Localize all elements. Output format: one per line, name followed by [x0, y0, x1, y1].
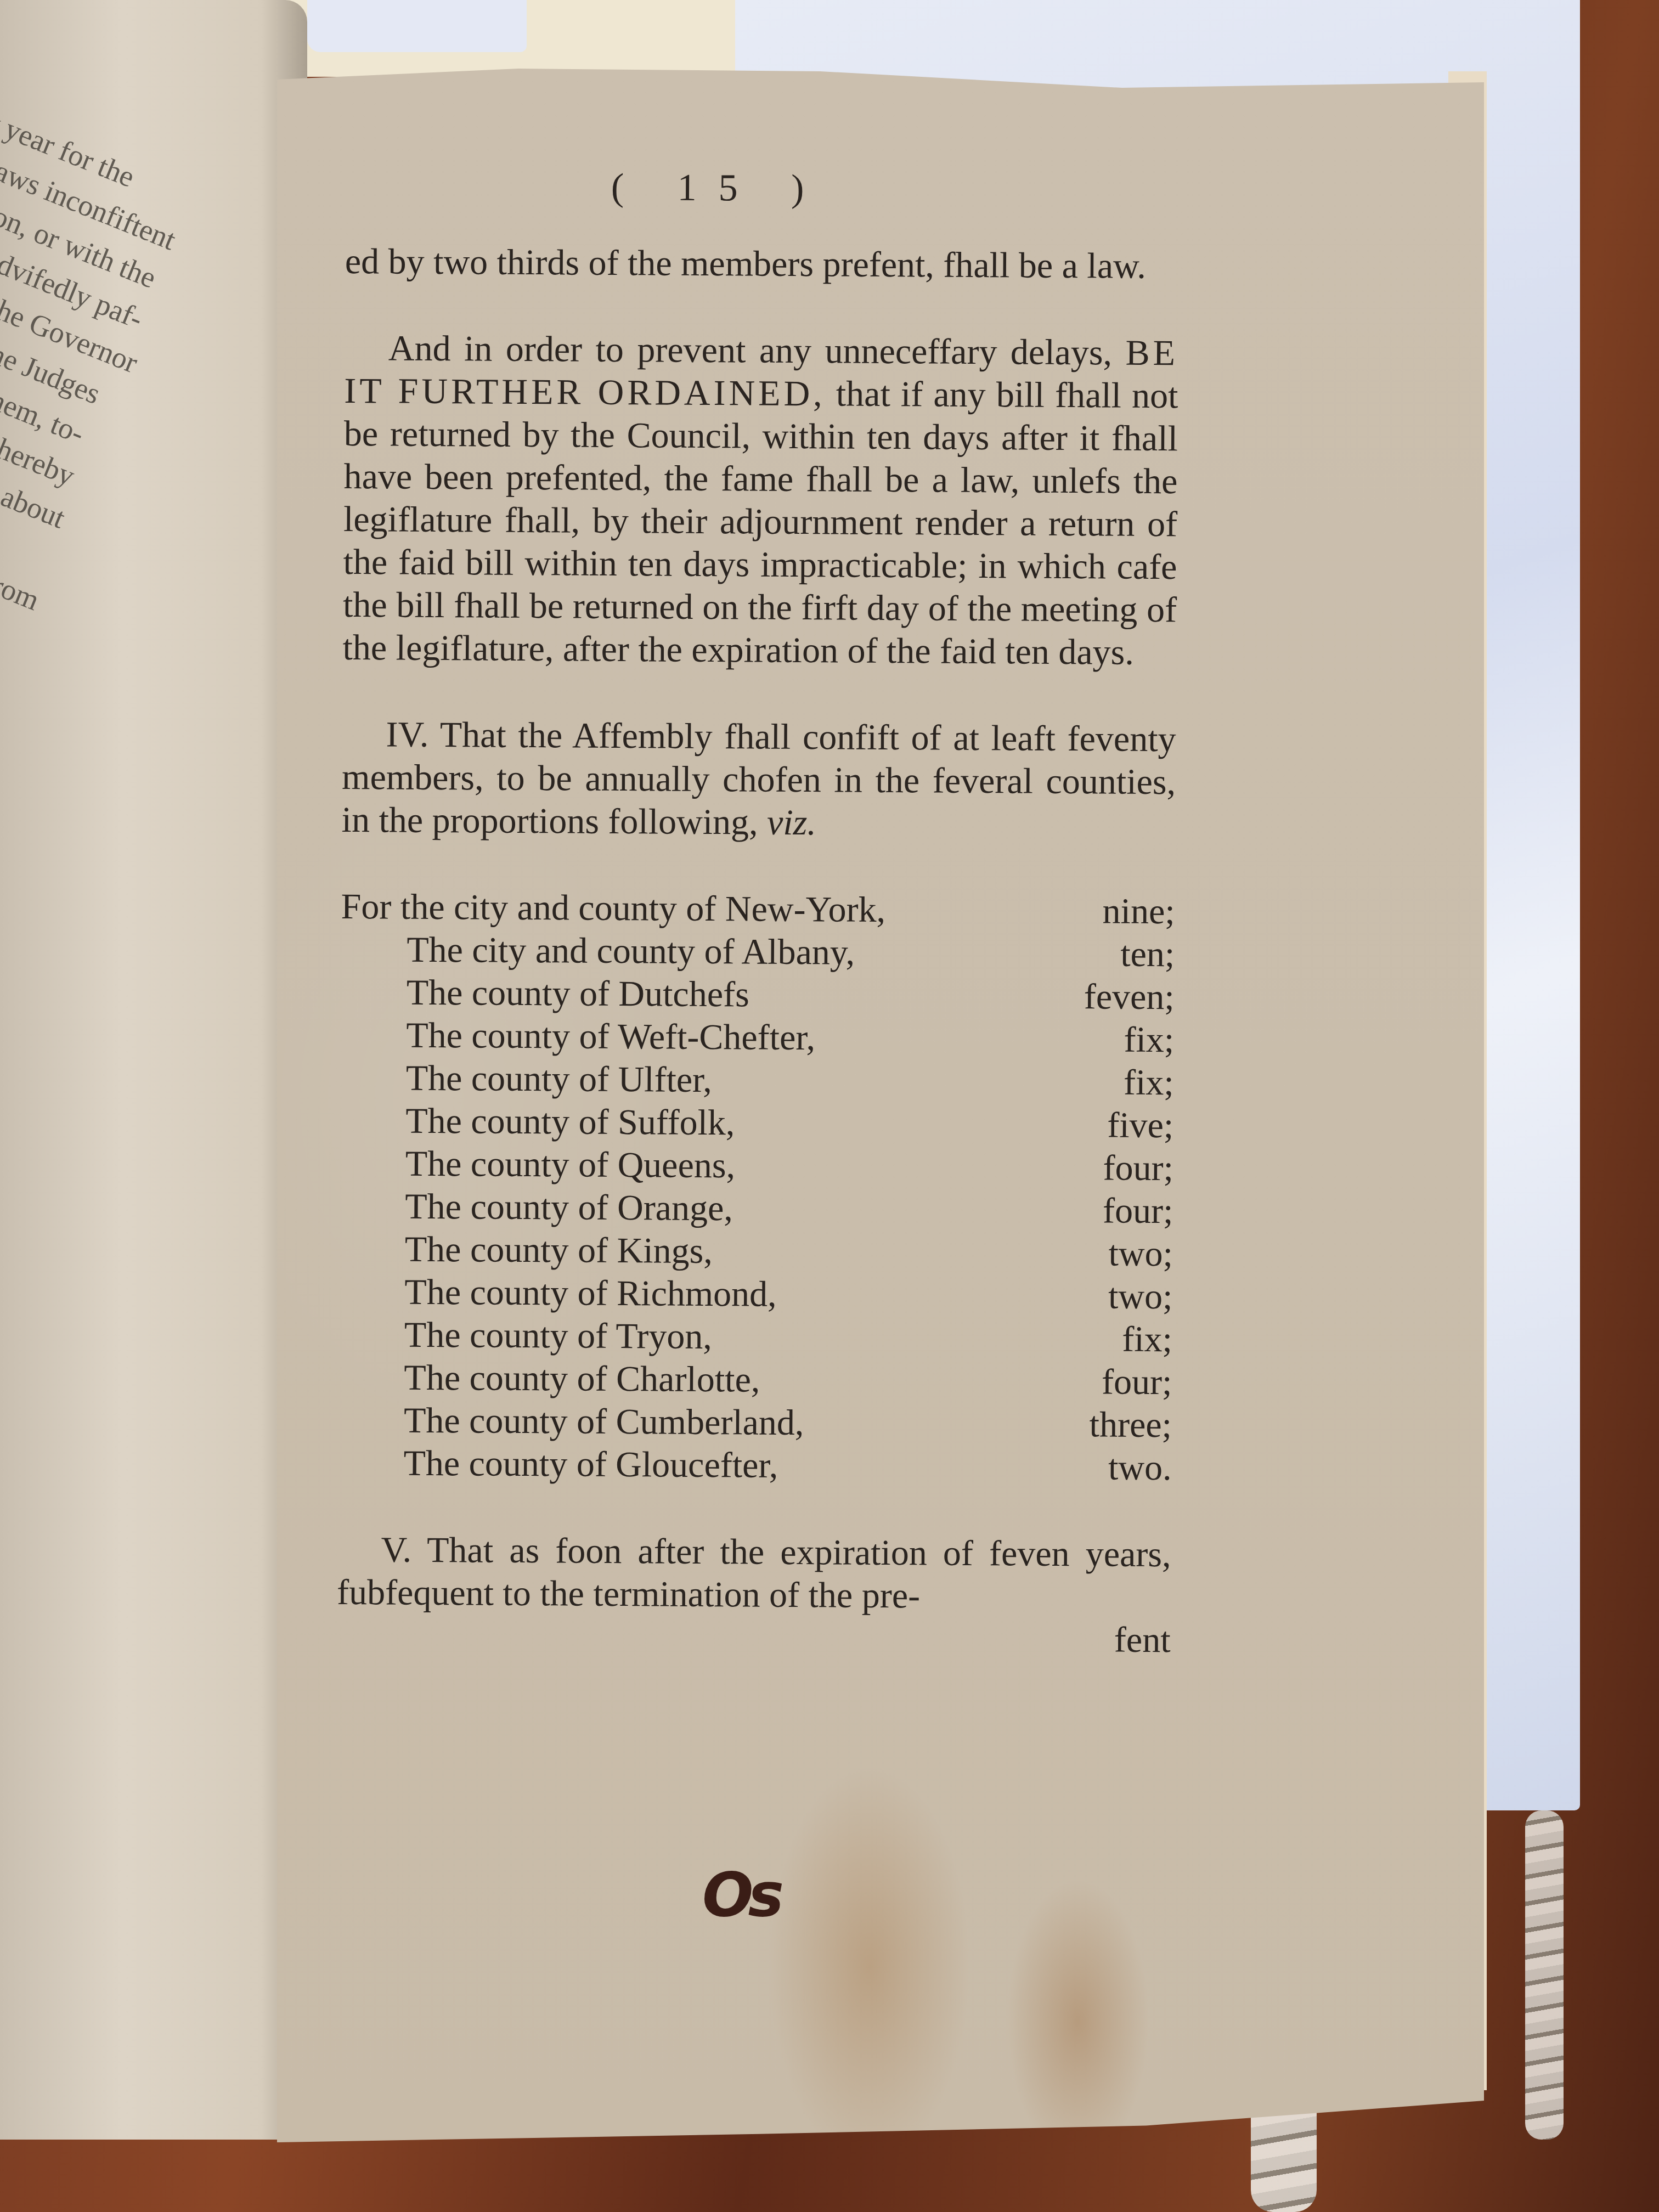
county-row: The county of Cumberland,three; — [338, 1399, 1172, 1447]
county-name: The county of Weft-Chefter, — [340, 1014, 815, 1059]
left-page: ...ext in every year for theWHEREAS, Law… — [0, 0, 307, 2140]
county-name: The county of Orange, — [339, 1185, 733, 1230]
section-v: V. That as foon after the expiration of … — [337, 1528, 1171, 1619]
county-members: five; — [1107, 1104, 1173, 1148]
county-name: For the city and county of New-York, — [341, 885, 885, 932]
county-name: The county of Suffolk, — [340, 1099, 735, 1144]
braided-cord-right — [1525, 1810, 1564, 2140]
county-row: The county of Orange,four; — [339, 1185, 1173, 1233]
page-text-block: ( 15 ) ed by two thirds of the members p… — [336, 165, 1180, 1698]
county-members: two; — [1108, 1276, 1173, 1319]
county-members: nine; — [1103, 890, 1175, 933]
county-members: ten; — [1120, 933, 1175, 977]
county-row: The county of Suffolk,five; — [340, 1099, 1173, 1147]
county-members: fix; — [1124, 1019, 1174, 1062]
county-row: The county of Charlotte,four; — [338, 1356, 1172, 1404]
county-name: The county of Dutchefs — [341, 971, 749, 1017]
county-members: feven; — [1084, 975, 1175, 1019]
county-row: The city and county of Albany,ten; — [341, 928, 1175, 976]
county-row: The county of Gloucefter,two. — [337, 1442, 1171, 1489]
county-members: fix; — [1122, 1318, 1172, 1362]
county-name: The city and county of Albany, — [341, 928, 855, 974]
county-row: The county of Richmond,two; — [338, 1271, 1172, 1318]
white-tab — [307, 0, 527, 52]
viz: viz. — [767, 803, 816, 843]
county-members: two; — [1108, 1233, 1173, 1276]
delay-paragraph: And in order to prevent any unneceffary … — [342, 327, 1178, 674]
county-name: The county of Charlotte, — [338, 1356, 760, 1402]
delay-lead: And in order to prevent any unneceffary … — [388, 328, 1113, 373]
county-row: The county of Queens,four; — [340, 1142, 1173, 1190]
page-number: ( 15 ) — [258, 164, 1180, 212]
county-members: two. — [1108, 1447, 1172, 1490]
county-name: The county of Queens, — [340, 1142, 736, 1187]
county-name: The county of Ulfter, — [340, 1057, 713, 1102]
county-members: four; — [1103, 1189, 1173, 1233]
county-members: four; — [1102, 1361, 1172, 1404]
county-members: fix; — [1124, 1062, 1174, 1105]
county-name: The county of Richmond, — [338, 1271, 777, 1316]
county-name: The county of Tryon, — [338, 1313, 712, 1358]
county-apportionment-list: For the city and county of New-York,nine… — [337, 885, 1175, 1489]
section-iv: IV. That the Affembly fhall confift of a… — [341, 713, 1176, 847]
section-iv-text: IV. That the Affembly fhall confift of a… — [341, 714, 1176, 842]
county-row: The county of Tryon,fix; — [338, 1313, 1172, 1361]
county-row: The county of Dutchefsfeven; — [341, 971, 1175, 1019]
county-row: For the city and county of New-York,nine… — [341, 885, 1175, 933]
left-page-text: ...ext in every year for theWHEREAS, Law… — [0, 44, 307, 1538]
catchword: fent — [336, 1614, 1170, 1662]
county-members: four; — [1103, 1147, 1173, 1190]
water-stain — [1007, 1879, 1149, 2164]
county-name: The county of Gloucefter, — [337, 1442, 778, 1487]
delay-rest: that if any bill fhall not be returned b… — [342, 374, 1178, 672]
county-row: The county of Kings,two; — [339, 1228, 1173, 1276]
handwritten-mark: Os — [702, 1860, 778, 1930]
county-name: The county of Cumberland, — [338, 1399, 804, 1444]
county-name: The county of Kings, — [339, 1228, 713, 1273]
county-members: three; — [1090, 1403, 1172, 1447]
county-row: The county of Ulfter,fix; — [340, 1057, 1174, 1104]
county-row: The county of Weft-Chefter,fix; — [340, 1014, 1174, 1062]
continuation-paragraph: ed by two thirds of the members prefent,… — [345, 240, 1179, 288]
